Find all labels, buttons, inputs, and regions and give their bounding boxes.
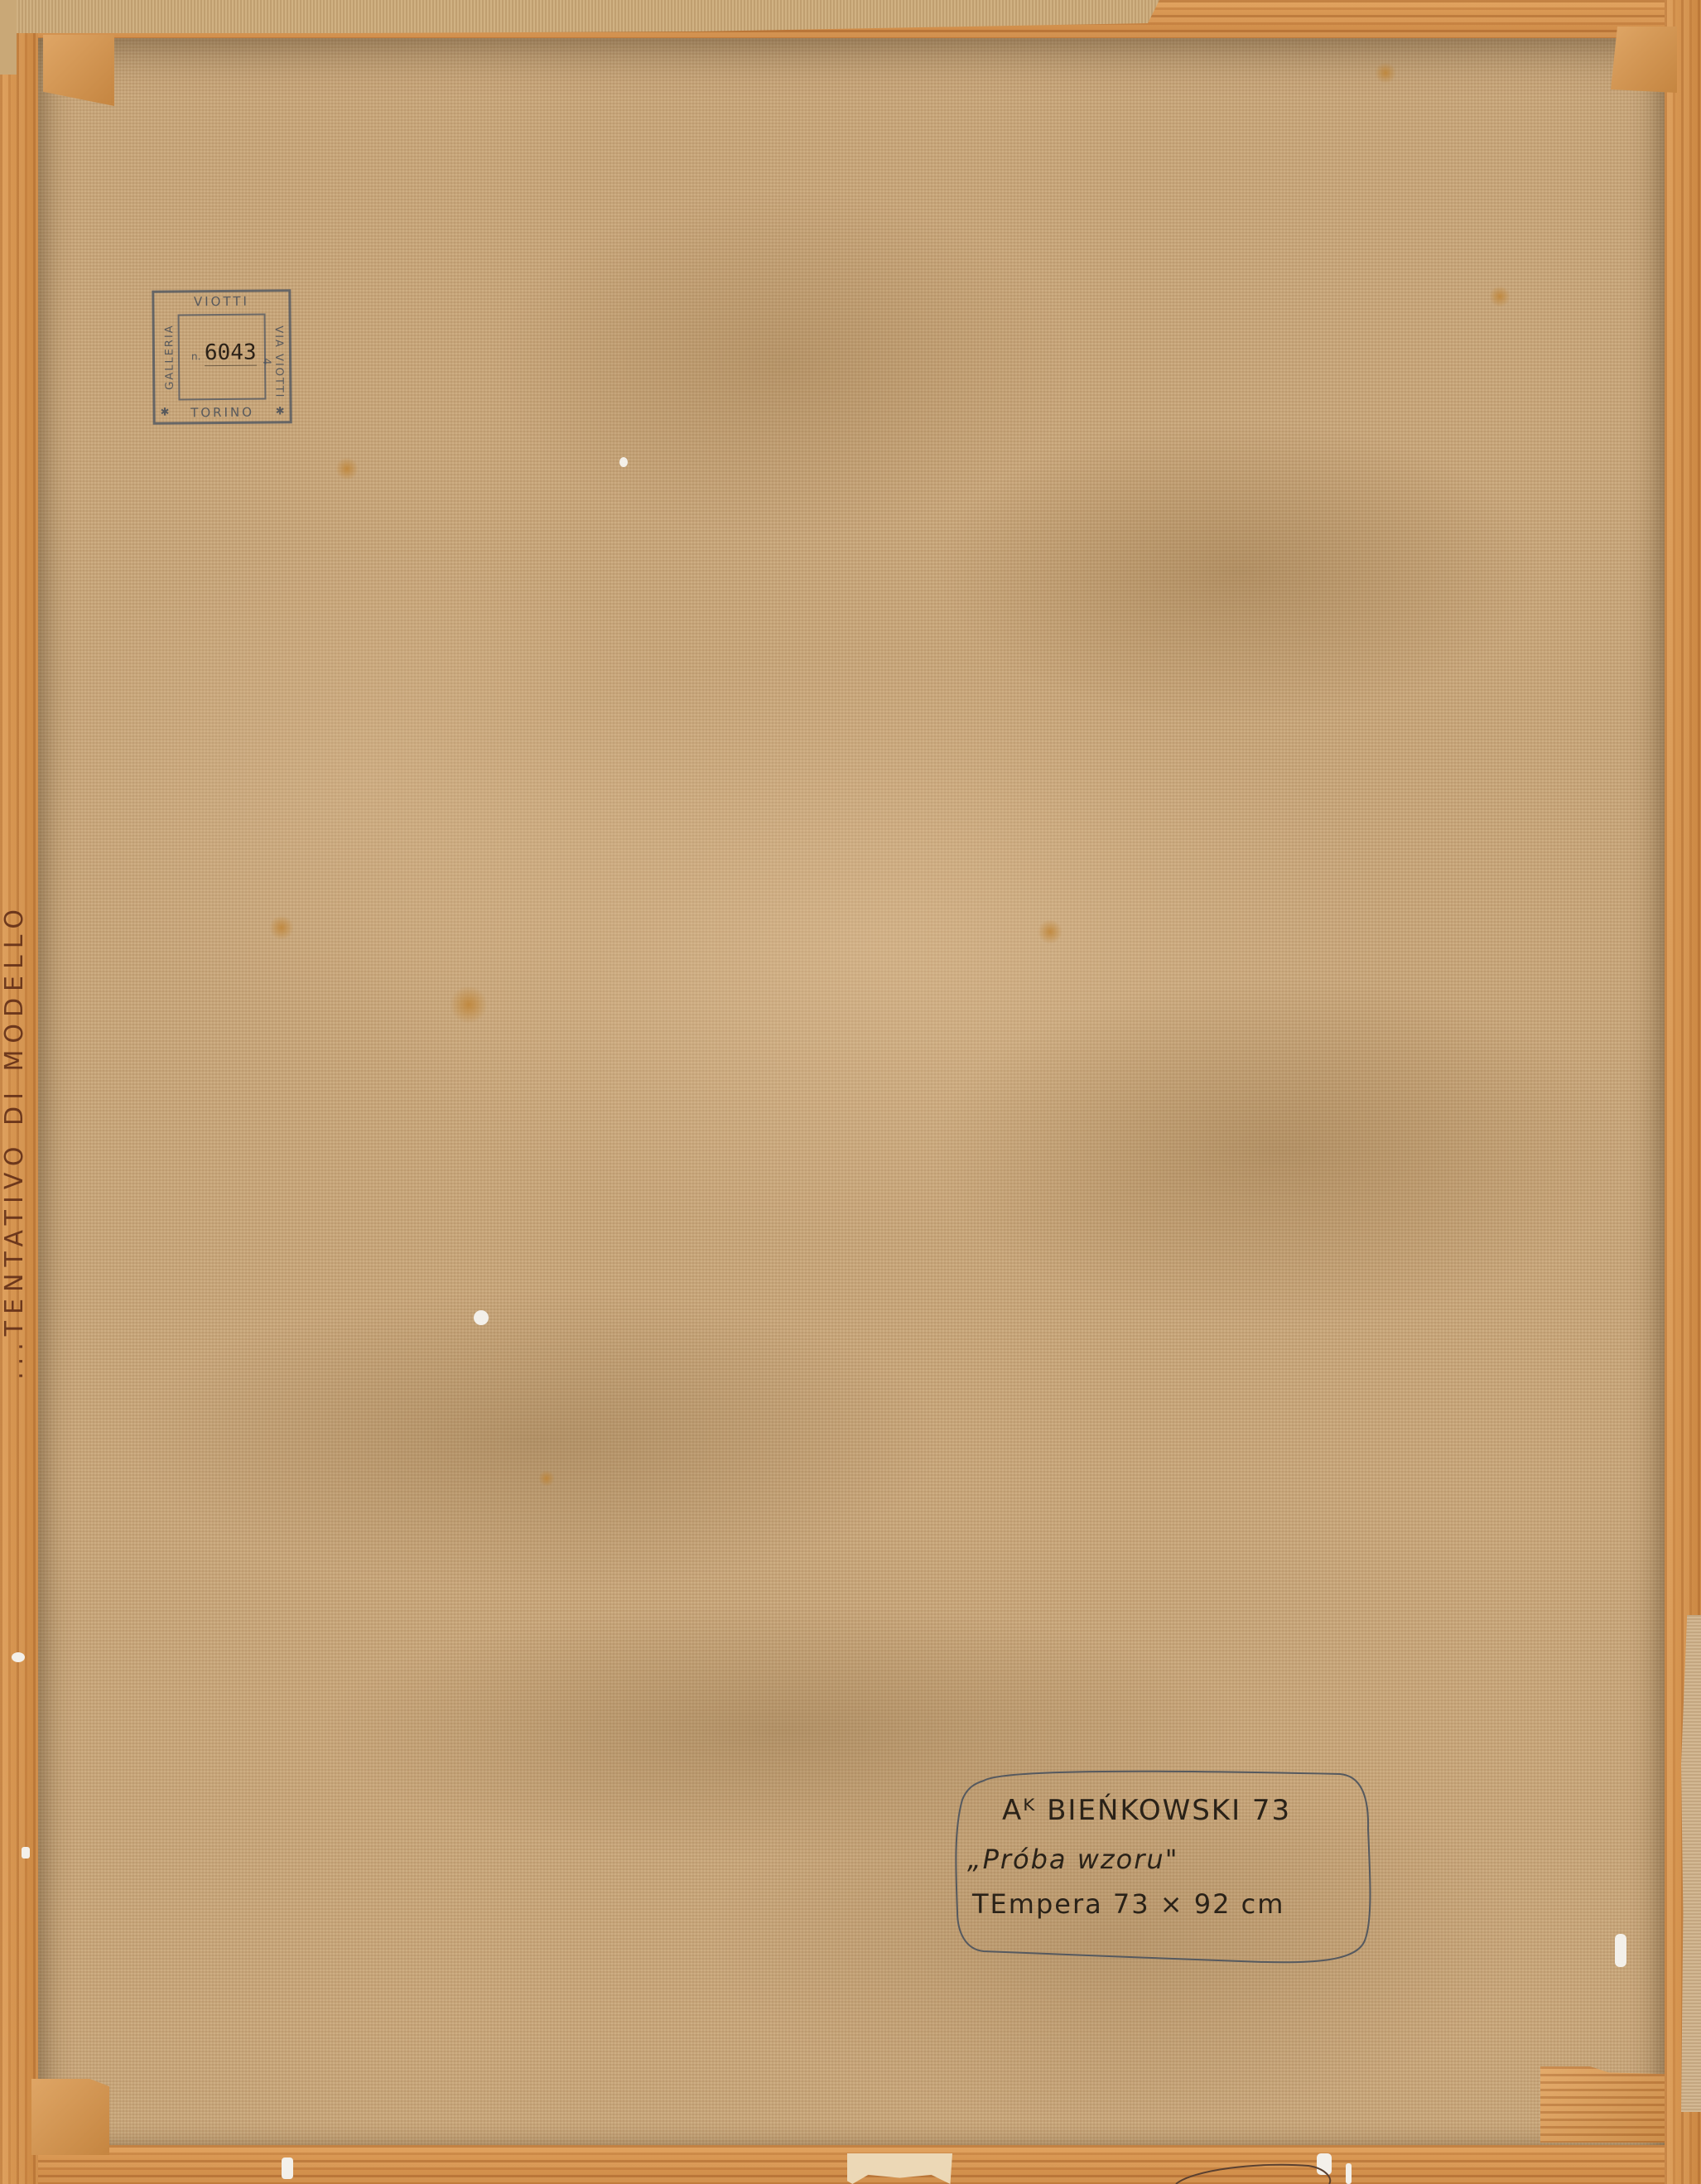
stain	[1038, 919, 1063, 944]
stain	[1375, 62, 1396, 84]
paint-speck	[619, 457, 628, 467]
corner-key-bottom-right	[1540, 2066, 1665, 2143]
corner-key-bottom-left	[31, 2079, 109, 2155]
label-title: „Próba wzoru"	[967, 1844, 1178, 1875]
stamp-bottom-text: TORINO	[156, 404, 290, 420]
label-artist: Aᴷ BIEŃKOWSKI 73	[1002, 1794, 1291, 1827]
stamp-left-text: GALLERIA	[163, 316, 176, 398]
stamp-inner-box: n. 6043	[178, 314, 267, 401]
paint-speck	[1346, 2163, 1352, 2184]
label-medium: TEmpera 73 × 92 cm	[972, 1888, 1284, 1920]
stain	[450, 986, 488, 1024]
stamp-number: 6043	[205, 340, 257, 367]
pencil-scribble	[1159, 2153, 1342, 2184]
stamp-top-text: VIOTTI	[154, 293, 288, 309]
stain	[1489, 286, 1511, 307]
canvas-back-photo: VIOTTI GALLERIA VIA VIOTTI 4 n. 6043 ✱ T…	[0, 0, 1701, 2184]
paint-speck	[1615, 1934, 1626, 1967]
corner-key-top-right	[1611, 27, 1677, 93]
stain	[269, 915, 294, 940]
paint-speck	[474, 1310, 489, 1325]
stain	[335, 457, 359, 480]
handwritten-label: Aᴷ BIEŃKOWSKI 73 „Próba wzoru" TEmpera 7…	[951, 1762, 1373, 1969]
paint-speck	[282, 2157, 293, 2179]
star-icon: ✱	[276, 405, 285, 417]
paint-speck	[22, 1847, 30, 1859]
gallery-stamp: VIOTTI GALLERIA VIA VIOTTI 4 n. 6043 ✱ T…	[152, 289, 292, 424]
left-bar-inscription: ...TENTATIVO DI MODELLO	[0, 903, 33, 1714]
stamp-number-prefix: n.	[191, 350, 201, 362]
stain	[538, 1470, 555, 1487]
canvas-fold-left	[0, 0, 17, 75]
